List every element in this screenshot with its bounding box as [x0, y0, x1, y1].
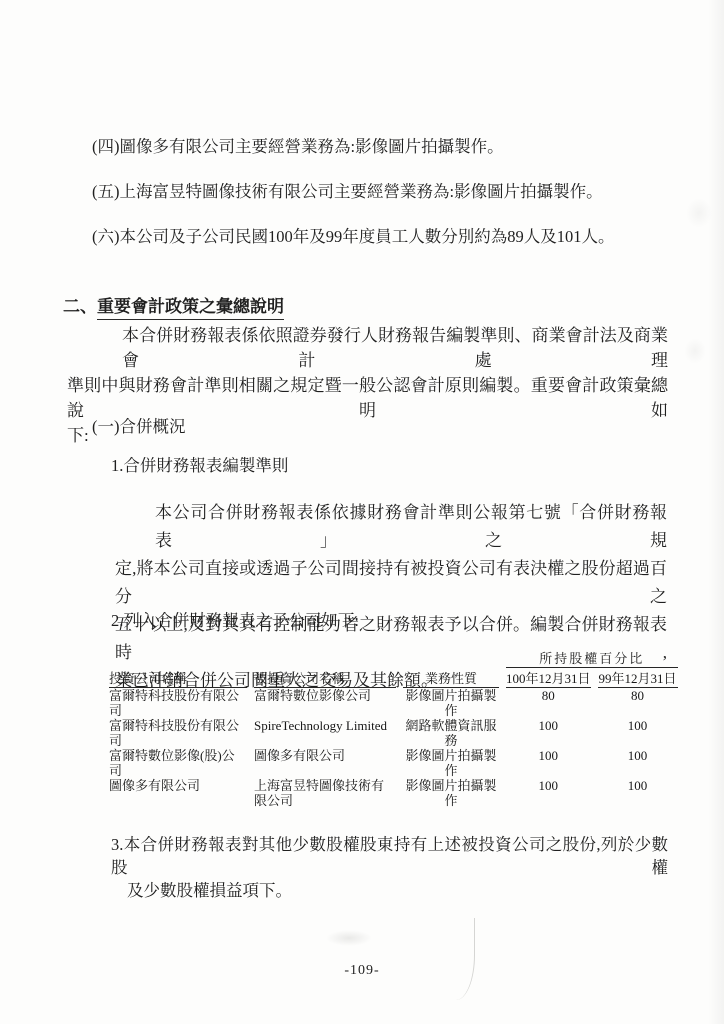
point-2-title: 列入合併財務報表之子公司如下:: [123, 611, 359, 630]
cell-pct-100: 100: [506, 778, 591, 808]
section-heading-prefix: 二、: [63, 297, 97, 316]
point-3-number: 3.: [111, 835, 123, 854]
cell-investee: 圖像多有限公司: [254, 748, 396, 778]
cell-pct-99: 100: [598, 748, 678, 778]
point-2-heading: 2.列入合併財務報表之子公司如下:: [111, 611, 359, 631]
list-item-5-text: 上海富昱特圖像技術有限公司主要經營業務為:影像圖片拍攝製作。: [120, 182, 603, 201]
scan-edge-shadow: [708, 0, 724, 1024]
cell-pct-100: 80: [506, 688, 591, 718]
cell-investee: SpireTechnology Limited: [254, 718, 396, 748]
point-1-number: 1.: [111, 456, 123, 475]
point-2-number: 2.: [111, 611, 123, 630]
document-page: (四)圖像多有限公司主要經營業務為:影像圖片拍攝製作。 (五)上海富昱特圖像技術…: [0, 0, 724, 1024]
column-header-date-99: 99年12月31日: [598, 668, 678, 688]
paragraph-line: 本公司合併財務報表係依據財務會計準則公報第七號「合併財務報表」之規: [115, 499, 667, 555]
paragraph-line: 及少數股權損益項下。: [111, 879, 668, 902]
list-item-6: (六)本公司及子公司民國100年及99年度員工人數分別約為89人及101人。: [92, 227, 615, 247]
list-item-5-label: (五): [92, 182, 120, 201]
cell-pct-99: 80: [598, 688, 678, 718]
scan-artifact-blob: [686, 198, 712, 228]
scan-artifact-line: [448, 918, 475, 1000]
list-item-6-text: 本公司及子公司民國100年及99年度員工人數分別約為89人及101人。: [120, 227, 615, 246]
ownership-span-header: 所持股權百分比: [506, 648, 678, 668]
list-item-6-label: (六): [92, 227, 120, 246]
section-heading: 二、重要會計政策之彙總說明: [63, 292, 284, 317]
cell-investor: 富爾特科技股份有限公司: [109, 718, 247, 748]
cell-investee: 上海富昱特圖像技術有限公司: [254, 778, 396, 808]
cell-pct-100: 100: [506, 748, 591, 778]
cell-investee: 富爾特數位影像公司: [254, 688, 396, 718]
column-header-date-100: 100年12月31日: [506, 668, 591, 688]
point-1-heading: 1.合併財務報表編製準則: [111, 456, 288, 476]
cell-pct-99: 100: [598, 718, 678, 748]
table-span-header-row: 所持股權百分比: [109, 648, 678, 668]
table-row: 富爾特科技股份有限公司 富爾特數位影像公司 影像圖片拍攝製作 80 80: [109, 688, 678, 718]
scan-artifact-smudge: [326, 930, 372, 946]
paragraph-line: 本合併財務報表係依照證券發行人財務報告編製準則、商業會計法及商業會計處理: [67, 323, 668, 373]
subsidiaries-table: 所持股權百分比 投資公司名稱 被投資公司名稱 業務性質 100年12月31日 9…: [102, 648, 685, 808]
list-item-4-label: (四): [92, 137, 120, 156]
cell-business: 影像圖片拍攝製作: [403, 688, 499, 718]
paragraph-line: 3.本合併財務報表對其他少數股權股東持有上述被投資公司之股份,列於少數股權: [111, 833, 668, 879]
section-heading-title: 重要會計政策之彙總說明: [97, 297, 284, 320]
point-1-title: 合併財務報表編製準則: [123, 456, 288, 475]
cell-pct-100: 100: [506, 718, 591, 748]
cell-pct-99: 100: [598, 778, 678, 808]
list-item-4-text: 圖像多有限公司主要經營業務為:影像圖片拍攝製作。: [120, 137, 504, 156]
table-row: 富爾特科技股份有限公司 SpireTechnology Limited 網路軟體…: [109, 718, 678, 748]
column-header-investor: 投資公司名稱: [109, 668, 247, 688]
scan-artifact-blob: [684, 338, 706, 364]
cell-investor: 富爾特數位影像(股)公司: [109, 748, 247, 778]
cell-investor: 圖像多有限公司: [109, 778, 247, 808]
paragraph-line: 定,將本公司直接或透過子公司間接持有被投資公司有表決權之股份超過百分之: [115, 555, 667, 611]
paragraph-line: 準則中與財務會計準則相關之規定暨一般公認會計原則編製。重要會計政策彙總說明如: [67, 373, 668, 423]
column-header-business: 業務性質: [403, 668, 499, 688]
subsection-title: 合併概況: [120, 417, 186, 436]
table-row: 圖像多有限公司 上海富昱特圖像技術有限公司 影像圖片拍攝製作 100 100: [109, 778, 678, 808]
table-header-row: 投資公司名稱 被投資公司名稱 業務性質 100年12月31日 99年12月31日: [109, 668, 678, 688]
cell-business: 影像圖片拍攝製作: [403, 748, 499, 778]
point-3-paragraph: 3.本合併財務報表對其他少數股權股東持有上述被投資公司之股份,列於少數股權 及少…: [111, 833, 668, 902]
page-number: -109-: [0, 963, 724, 979]
list-item-4: (四)圖像多有限公司主要經營業務為:影像圖片拍攝製作。: [92, 137, 504, 157]
cell-business: 影像圖片拍攝製作: [403, 778, 499, 808]
list-item-5: (五)上海富昱特圖像技術有限公司主要經營業務為:影像圖片拍攝製作。: [92, 182, 603, 202]
subsection-heading: (一)合併概況: [92, 417, 186, 437]
table-row: 富爾特數位影像(股)公司 圖像多有限公司 影像圖片拍攝製作 100 100: [109, 748, 678, 778]
column-header-investee: 被投資公司名稱: [254, 668, 396, 688]
cell-business: 網路軟體資訊服務: [403, 718, 499, 748]
cell-investor: 富爾特科技股份有限公司: [109, 688, 247, 718]
subsection-label: (一): [92, 417, 120, 436]
